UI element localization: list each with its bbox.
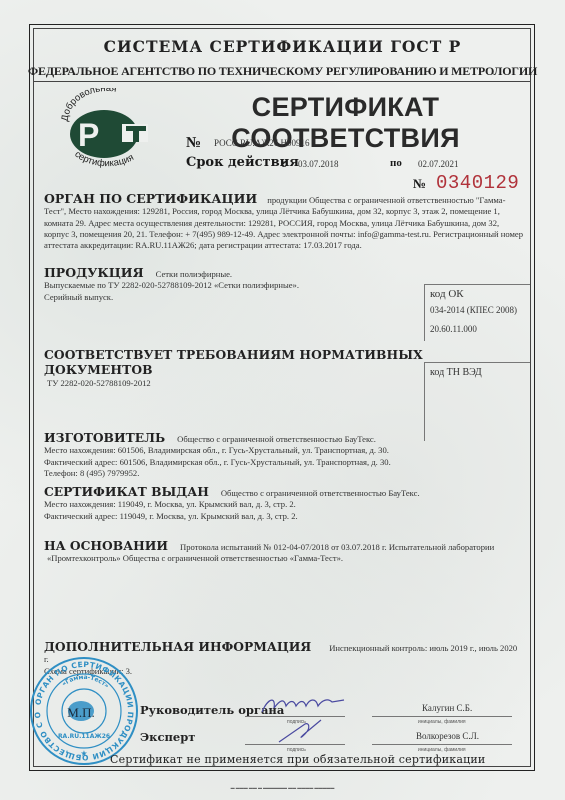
tn-ved-code-box: код ТН ВЭД — [424, 362, 530, 441]
tn-ved-code-label: код ТН ВЭД — [430, 367, 530, 378]
stamp-mp: М.П. — [67, 705, 94, 720]
serial-number: 0340129 — [436, 172, 519, 194]
certification-system-heading: СИСТЕМА СЕРТИФИКАЦИИ ГОСТ Р — [0, 37, 565, 56]
ok-classifier: 034-2014 (КПЕС 2008) — [430, 305, 530, 315]
product-section: ПРОДУКЦИЯСетки полиэфирные. Выпускаемые … — [44, 267, 404, 303]
header-divider — [33, 81, 530, 82]
issued-to-label: СЕРТИФИКАТ ВЫДАН — [44, 484, 209, 499]
ok-code-value: 20.60.11.000 — [430, 324, 530, 334]
serial-number-label: № — [413, 176, 426, 192]
printer-imprint: ▬ ▬▬▬ ▬▬ ▬ ▬▬▬▬▬▬ ▬▬ ▬▬▬▬ ▬▬▬▬▬ — [0, 785, 565, 790]
manufacturer-name: Общество с ограниченной ответственностью… — [177, 434, 376, 444]
validity-from-label: с — [281, 156, 286, 171]
head-name-caption: инициалы, фамилия — [418, 719, 466, 725]
expert-signature-icon — [275, 718, 325, 746]
manufacturer-location: Место нахождения: 601506, Владимирская о… — [44, 445, 524, 456]
basis-label: НА ОСНОВАНИИ — [44, 538, 168, 553]
svg-text:★: ★ — [80, 749, 87, 758]
ok-code-label: код ОК — [430, 288, 530, 300]
agency-heading: ФЕДЕРАЛЬНОЕ АГЕНТСТВО ПО ТЕХНИЧЕСКОМУ РЕ… — [0, 64, 565, 79]
basis-line1: Протокола испытаний № 012-04-07/2018 от … — [180, 542, 494, 552]
issued-to-actual-address: Фактический адрес: 119049, г. Москва, ул… — [44, 511, 524, 522]
voluntary-certification-note: Сертификат не применяется при обязательн… — [110, 753, 530, 766]
product-spec: Выпускаемые по ТУ 2282-020-52788109-2012… — [44, 280, 404, 291]
product-name: Сетки полиэфирные. — [156, 269, 232, 279]
issued-to-section: СЕРТИФИКАТ ВЫДАНОбщество с ограниченной … — [44, 486, 524, 522]
certificate-number-label: № — [186, 135, 201, 152]
issued-to-name: Общество с ограниченной ответственностью… — [221, 488, 420, 498]
expert-name-line — [372, 744, 512, 745]
stamp-inner-text: «Гамма-Тест» — [61, 674, 111, 690]
expert-name: Волкорезов С.Л. — [416, 731, 479, 741]
manufacturer-section: ИЗГОТОВИТЕЛЬОбщество с ограниченной отве… — [44, 432, 524, 479]
basis-line2: «Промтехконтроль» Общества с ограниченно… — [47, 553, 524, 564]
valid-to-date: 02.07.2021 — [418, 159, 459, 169]
expert-label: Эксперт — [140, 730, 195, 744]
additional-info-label: ДОПОЛНИТЕЛЬНАЯ ИНФОРМАЦИЯ — [44, 639, 311, 654]
certificate-number: РОСС RU.АЖ26.Н00916 — [214, 138, 310, 148]
svg-text:«Гамма-Тест»: «Гамма-Тест» — [61, 674, 111, 690]
product-release-type: Серийный выпуск. — [44, 292, 404, 303]
certification-body-section: ОРГАН ПО СЕРТИФИКАЦИИпродукции Общества … — [44, 193, 524, 251]
manufacturer-actual-address: Фактический адрес: 601506, Владимирская … — [44, 457, 524, 468]
official-stamp-icon: ОРГАН ПО СЕРТИФИКАЦИИ ПРОДУКЦИИ ОБЩЕСТВО… — [29, 655, 139, 767]
ok-code-box: код ОК 034-2014 (КПЕС 2008) 20.60.11.000 — [424, 284, 530, 341]
issued-to-location: Место нахождения: 119049, г. Москва, ул.… — [44, 499, 524, 510]
manufacturer-phone: Телефон: 8 (495) 7979952. — [44, 468, 524, 479]
basis-section: НА ОСНОВАНИИПротокола испытаний № 012-04… — [44, 540, 524, 565]
head-name-line — [372, 716, 512, 717]
manufacturer-label: ИЗГОТОВИТЕЛЬ — [44, 430, 165, 445]
validity-to-label: по — [390, 157, 402, 169]
head-signature-icon — [258, 694, 348, 718]
head-name: Калугин С.Б. — [422, 703, 472, 713]
valid-from-date: 03.07.2018 — [298, 159, 339, 169]
svg-text:P: P — [78, 117, 99, 153]
stamp-reg-number: RA.RU.11АЖ26 — [58, 733, 110, 740]
product-label: ПРОДУКЦИЯ — [44, 265, 144, 280]
rst-logo-icon: Добровольная P сертификация — [58, 88, 152, 172]
certification-body-label: ОРГАН ПО СЕРТИФИКАЦИИ — [44, 191, 257, 206]
certificate-title: СЕРТИФИКАТ СООТВЕТСТВИЯ — [148, 92, 543, 154]
